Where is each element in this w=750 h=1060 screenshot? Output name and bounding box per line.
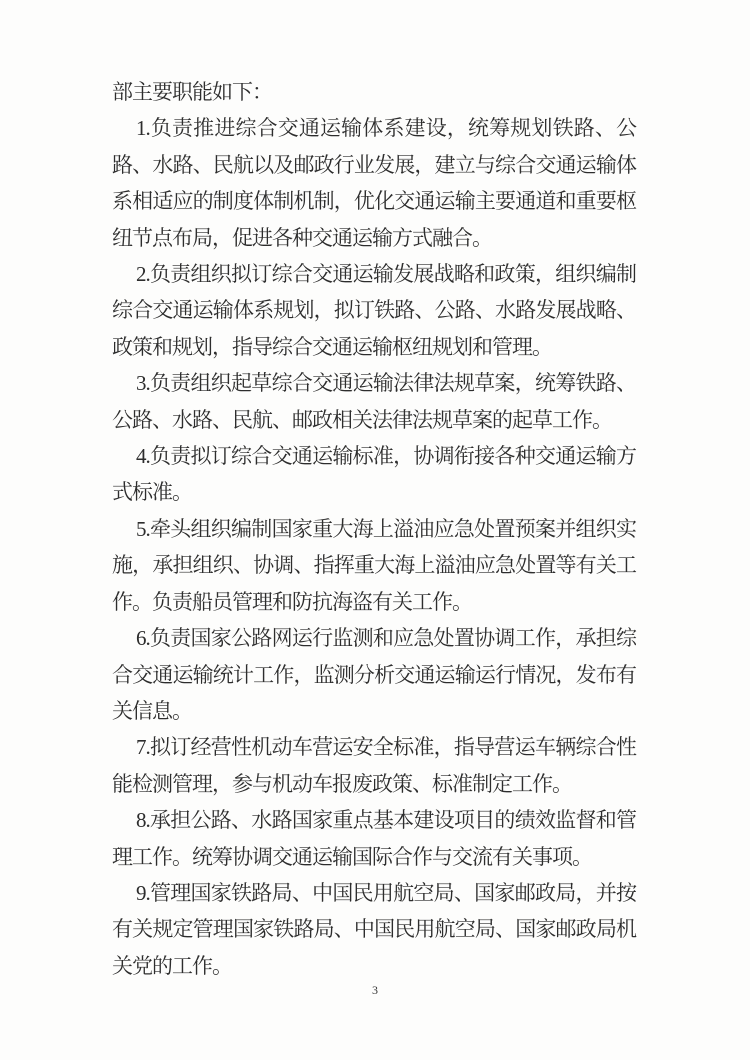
doc-paragraph-item-4: 4.负责拟订综合交通运输标准，协调衔接各种交通运输方式标准。: [112, 438, 636, 511]
doc-paragraph-item-3: 3.负责组织起草综合交通运输法律法规草案，统筹铁路、公路、水路、民航、邮政相关法…: [112, 365, 636, 438]
doc-paragraph-item-2: 2.负责组织拟订综合交通运输发展战略和政策，组织编制综合交通运输体系规划，拟订铁…: [112, 256, 636, 365]
doc-paragraph-item-8: 8.承担公路、水路国家重点基本建设项目的绩效监督和管理工作。统筹协调交通运输国际…: [112, 802, 636, 875]
doc-paragraph-item-7: 7.拟订经营性机动车营运安全标准，指导营运车辆综合性能检测管理，参与机动车报废政…: [112, 729, 636, 802]
doc-paragraph-item-9: 9.管理国家铁路局、中国民用航空局、国家邮政局，并按有关规定管理国家铁路局、中国…: [112, 875, 636, 984]
document-body: 部主要职能如下： 1.负责推进综合交通运输体系建设，统筹规划铁路、公路、水路、民…: [112, 74, 636, 984]
doc-paragraph-item-5: 5.牵头组织编制国家重大海上溢油应急处置预案并组织实施，承担组织、协调、指挥重大…: [112, 511, 636, 620]
doc-paragraph-item-1: 1.负责推进综合交通运输体系建设，统筹规划铁路、公路、水路、民航以及邮政行业发展…: [112, 110, 636, 256]
page-footer: 3: [0, 981, 750, 999]
doc-paragraph-intro: 部主要职能如下：: [112, 74, 636, 110]
page-number: 3: [372, 983, 378, 997]
document-page: 部主要职能如下： 1.负责推进综合交通运输体系建设，统筹规划铁路、公路、水路、民…: [0, 0, 750, 1060]
doc-paragraph-item-6: 6.负责国家公路网运行监测和应急处置协调工作，承担综合交通运输统计工作，监测分析…: [112, 620, 636, 729]
